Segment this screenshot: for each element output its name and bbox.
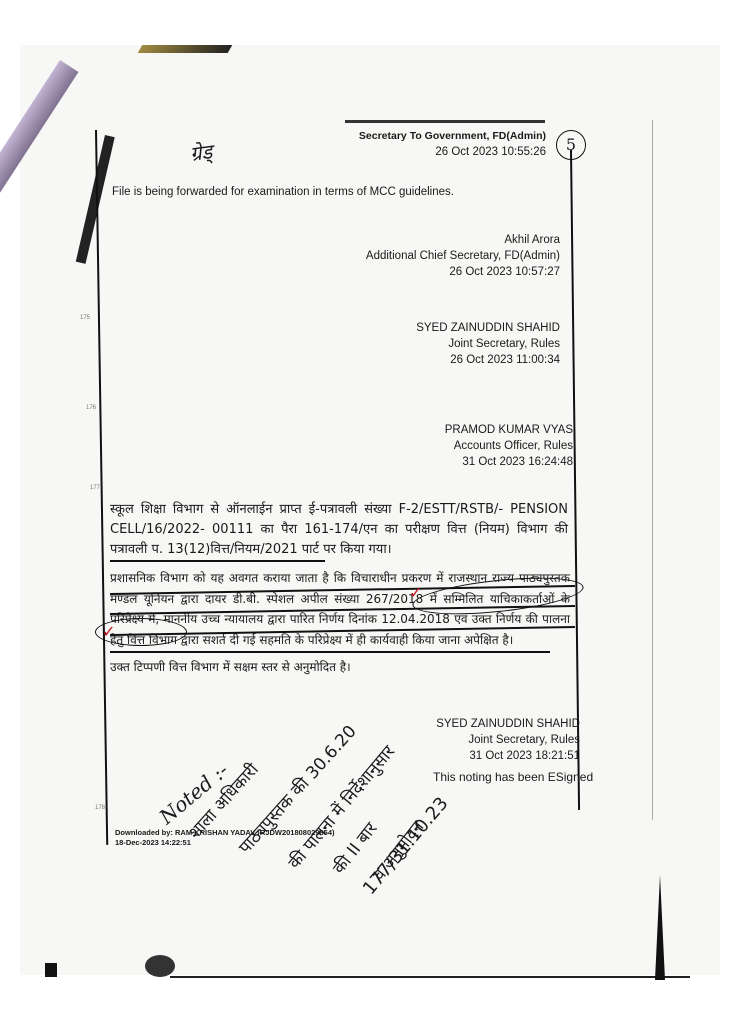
signature-timestamp: 26 Oct 2023 10:57:27 <box>330 264 560 280</box>
handwritten-underline <box>110 560 325 562</box>
page-edge-spike <box>655 875 665 980</box>
header-signature-block: Secretary To Government, FD(Admin) 26 Oc… <box>330 128 546 160</box>
header-designation: Secretary To Government, FD(Admin) <box>330 128 546 144</box>
red-tick-mark: ✓ <box>102 622 115 642</box>
signatory-name: SYED ZAINUDDIN SHAHID <box>330 320 560 336</box>
signatory-name: SYED ZAINUDDIN SHAHID <box>330 716 580 732</box>
download-timestamp: 18-Dec-2023 14:22:51 <box>115 838 335 848</box>
red-tick-mark: ✓ <box>409 583 422 603</box>
approval-paragraph: उक्त टिप्पणी वित्त विभाग में सक्षम स्तर … <box>110 657 430 677</box>
page-edge-shadow <box>138 45 233 53</box>
signatory-designation: Joint Secretary, Rules <box>330 732 580 748</box>
download-info: Downloaded by: RAM KRISHAN YADAV (RJDW20… <box>115 828 335 848</box>
examination-paragraph: स्कूल शिक्षा विभाग से ऑनलाईन प्राप्त ई-प… <box>110 500 568 560</box>
corner-mark <box>45 963 57 977</box>
signatory-designation: Additional Chief Secretary, FD(Admin) <box>330 248 560 264</box>
signatory-designation: Accounts Officer, Rules <box>330 438 573 454</box>
margin-number: 176 <box>86 405 96 411</box>
signatory-name: PRAMOD KUMAR VYAS <box>330 422 573 438</box>
handwritten-initials: ग्रेड् <box>188 137 214 167</box>
signature-timestamp: 31 Oct 2023 16:24:48 <box>330 454 573 470</box>
header-timestamp: 26 Oct 2023 10:55:26 <box>330 144 546 160</box>
signatory-name: Akhil Arora <box>330 232 560 248</box>
margin-number: 178 <box>95 805 105 811</box>
downloaded-by: Downloaded by: RAM KRISHAN YADAV (RJDW20… <box>115 828 335 838</box>
ink-blot <box>145 955 175 977</box>
esign-note: This noting has been ESigned <box>433 770 593 784</box>
signatory-designation: Joint Secretary, Rules <box>330 336 560 352</box>
signature-block-3: PRAMOD KUMAR VYAS Accounts Officer, Rule… <box>330 422 573 470</box>
forward-note: File is being forwarded for examination … <box>112 186 454 198</box>
faint-page-edge <box>652 120 653 820</box>
signature-block-2: SYED ZAINUDDIN SHAHID Joint Secretary, R… <box>330 320 560 368</box>
signature-timestamp: 26 Oct 2023 11:00:34 <box>330 352 560 368</box>
margin-number: 175 <box>80 315 90 321</box>
margin-number: 177 <box>90 485 100 491</box>
page-number-circle: 5 <box>556 130 586 160</box>
signature-block-1: Akhil Arora Additional Chief Secretary, … <box>330 232 560 280</box>
bottom-page-edge <box>170 976 690 978</box>
handwritten-underline <box>110 651 550 653</box>
header-rule <box>345 120 545 123</box>
